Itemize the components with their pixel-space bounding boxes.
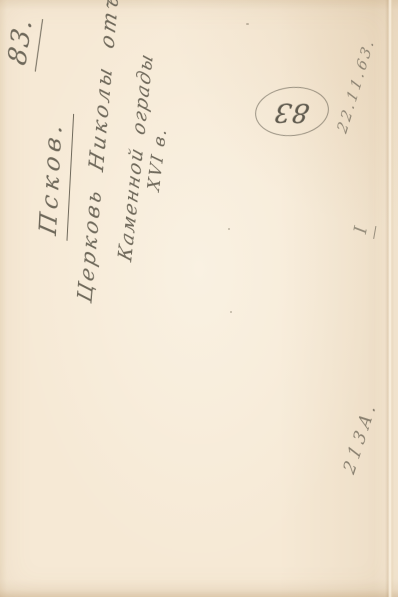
oval-pencil-stamp: 83: [253, 83, 332, 139]
date-annotation: 22.11.63.: [333, 34, 378, 137]
corner-number: 83.: [3, 9, 40, 70]
stamp-number: 83: [272, 96, 312, 127]
corner-number-text: 83.: [3, 9, 43, 71]
paper-speck: [230, 311, 232, 313]
catalog-mark: I: [350, 222, 373, 239]
place-name-text: Псков.: [34, 107, 74, 241]
place-name: Псков.: [34, 107, 68, 240]
paper-speck: [228, 228, 230, 230]
catalog-mark-text: I: [350, 222, 377, 239]
paper-crease: [385, 0, 394, 597]
paper-speck: [246, 23, 249, 25]
title-line-1: Церковь Николы отъ: [73, 0, 124, 305]
photo-verso-card: 83. Псков. Церковь Николы отъ Каменной о…: [0, 0, 398, 597]
inventory-number: 213А.: [340, 396, 381, 478]
